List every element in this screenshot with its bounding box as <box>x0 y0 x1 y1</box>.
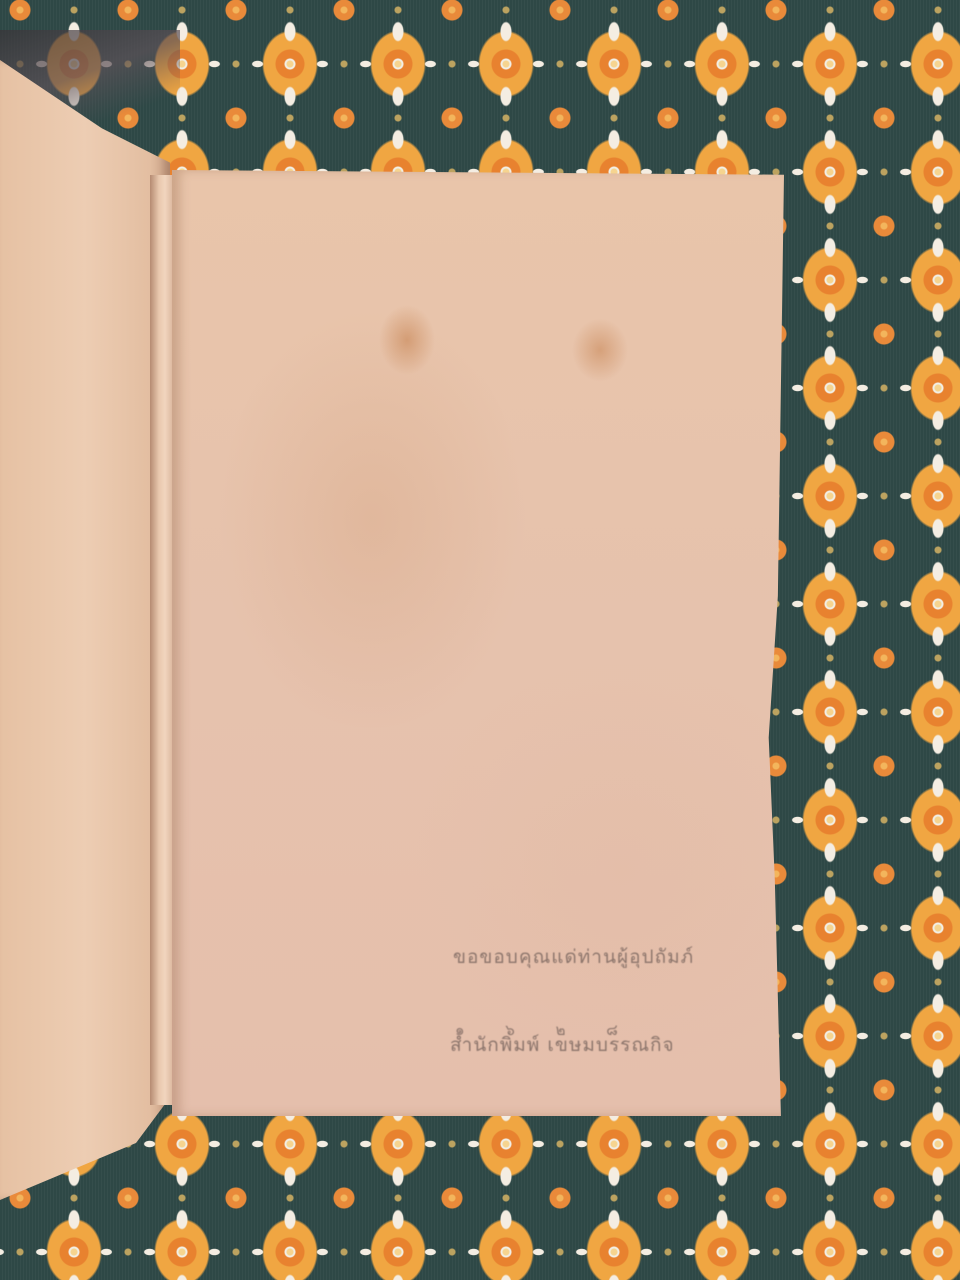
right-book-page <box>172 170 784 1116</box>
acknowledgement-text: ขอขอบคุณแด่ท่านผู้อุปถัมภ์ <box>453 942 694 972</box>
left-book-page <box>0 60 170 1200</box>
publisher-text: สำนักพิมพ์ เขษมบรรณกิจ <box>450 1030 675 1060</box>
